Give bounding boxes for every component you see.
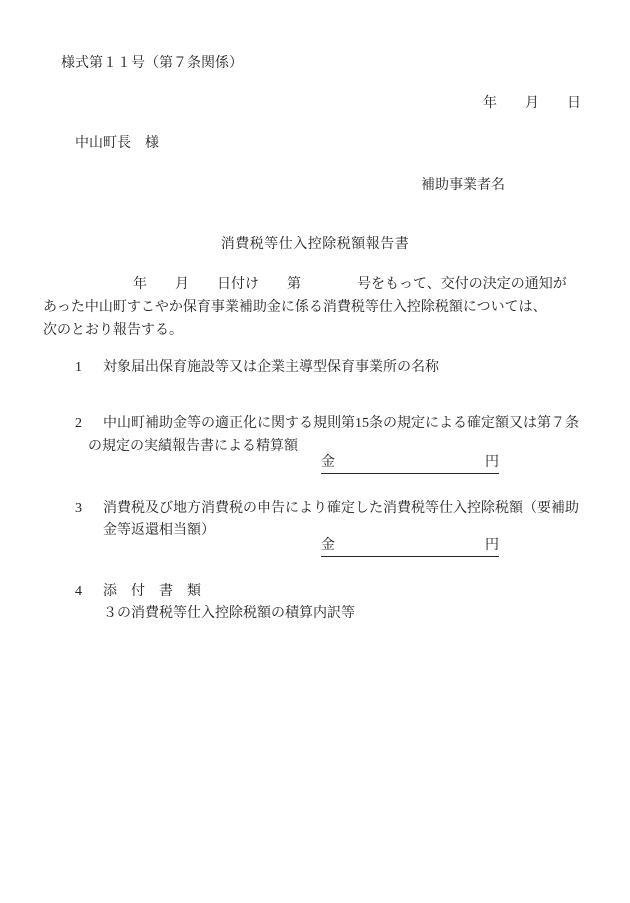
item-3-amount-prefix: 金 (321, 536, 335, 556)
subsidized-business-label: 補助事業者名 (421, 174, 505, 194)
item-3-text-line1: 消費税及び地方消費税の申告により確定した消費税等仕入控除税額（要補助 (103, 501, 579, 516)
item-3-text-line2: 金等返還相当額） (103, 519, 215, 542)
body-paragraph-line1: 年 月 日付け 第 号をもって、交付の決定の通知が (43, 273, 595, 296)
body-paragraph: 年 月 日付け 第 号をもって、交付の決定の通知が あった中山町すこやか保育事業… (43, 273, 595, 342)
document-title: 消費税等仕入控除税額報告書 (0, 233, 630, 253)
item-1-number: 1 (75, 356, 103, 379)
item-2-amount-prefix: 金 (321, 453, 335, 473)
item-2-text-line1: 中山町補助金等の適正化に関する規則第15条の規定による確定額又は第７条 (103, 416, 579, 431)
item-3-amount-line: 金 円 (321, 534, 499, 557)
body-paragraph-line3: 次のとおり報告する。 (43, 319, 595, 342)
item-2-amount-line: 金 円 (321, 451, 499, 474)
item-4-text-line1: 添 付 書 類 (103, 584, 201, 599)
item-3: 3消費税及び地方消費税の申告により確定した消費税等仕入控除税額（要補助 (75, 497, 579, 520)
item-4-text-line2: ３の消費税等仕入控除税額の積算内訳等 (103, 602, 355, 625)
body-paragraph-line2: あった中山町すこやか保育事業補助金に係る消費税等仕入控除税額については、 (43, 296, 595, 319)
item-1: 1対象届出保育施設等又は企業主導型保育事業所の名称 (75, 356, 439, 379)
item-4-number: 4 (75, 580, 103, 603)
item-2-amount-suffix: 円 (485, 453, 499, 473)
item-2-number: 2 (75, 412, 103, 435)
item-3-number: 3 (75, 497, 103, 520)
date-line: 年 月 日 (483, 92, 581, 112)
form-number: 様式第１１号（第７条関係） (61, 52, 243, 72)
item-4: 4添 付 書 類 (75, 580, 201, 603)
item-3-amount-suffix: 円 (485, 536, 499, 556)
document-page: 様式第１１号（第７条関係） 年 月 日 中山町長 様 補助事業者名 消費税等仕入… (0, 0, 630, 903)
item-2: 2中山町補助金等の適正化に関する規則第15条の規定による確定額又は第７条 (75, 412, 579, 435)
item-1-text: 対象届出保育施設等又は企業主導型保育事業所の名称 (103, 360, 439, 375)
addressee: 中山町長 様 (75, 132, 159, 152)
item-2-text-line2: の規定の実績報告書による精算額 (88, 435, 298, 458)
